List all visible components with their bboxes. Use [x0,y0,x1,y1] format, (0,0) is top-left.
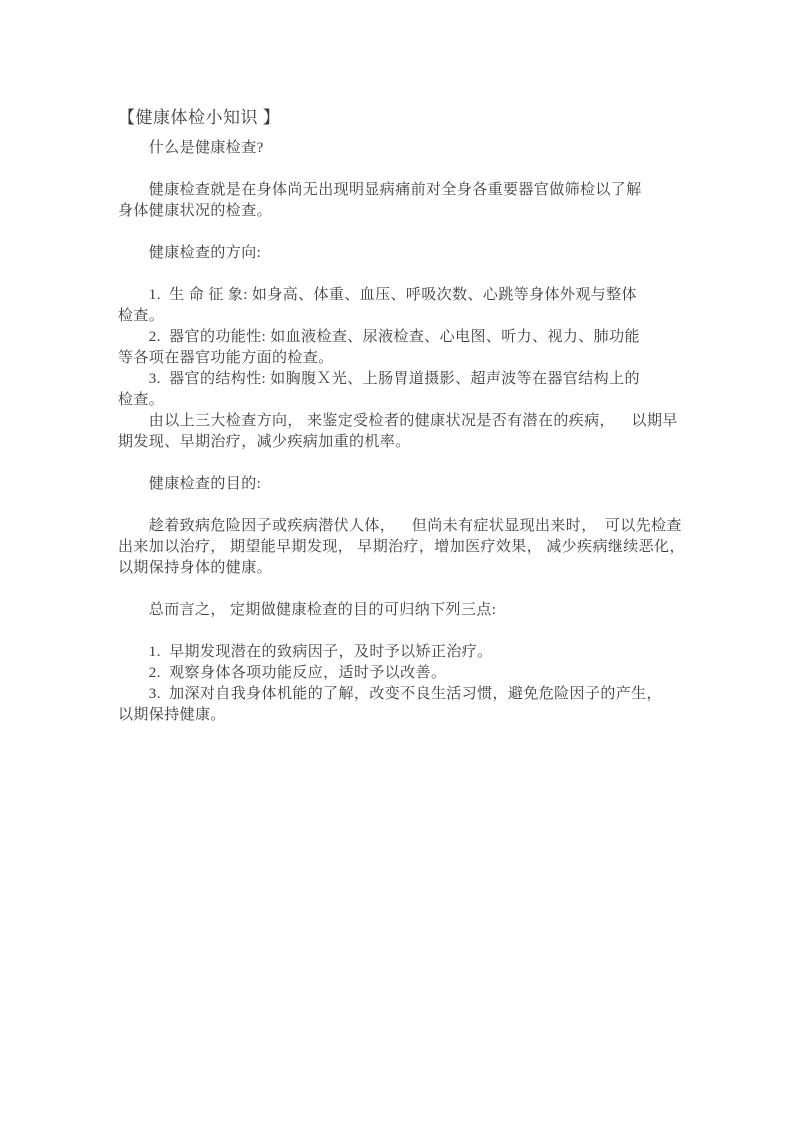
text-line: 出来加以治疗， 期望能早期发现， 早期治疗，增加医疗效果， 减少疾病继续恶化， [118,537,678,558]
text-line: 健康检查的方向: [118,243,678,264]
text-line: 身体健康状况的检查。 [118,201,678,222]
text-line: 1. 生 命 征 象: 如身高、体重、血压、呼吸次数、心跳等身体外观与整体 [118,285,678,306]
document-body: 什么是健康检查? 健康检查就是在身体尚无出现明显病痛前对全身各重要器官做筛检以了… [118,138,678,726]
text-line [118,495,678,516]
text-line [118,621,678,642]
document-page: 【健康体检小知识 】 什么是健康检查? 健康检查就是在身体尚无出现明显病痛前对全… [0,0,792,1122]
text-line [118,579,678,600]
text-line: 3. 器官的结构性: 如胸腹Ｘ光、上肠胃道摄影、超声波等在器官结构上的 [118,369,678,390]
text-line: 等各项在器官功能方面的检查。 [118,348,678,369]
text-line: 检查。 [118,390,678,411]
text-line: 以期保持身体的健康。 [118,558,678,579]
text-line: 2. 观察身体各项功能反应，适时予以改善。 [118,663,678,684]
text-line: 检查。 [118,306,678,327]
text-line [118,453,678,474]
document-content: 【健康体检小知识 】 什么是健康检查? 健康检查就是在身体尚无出现明显病痛前对全… [118,0,678,726]
text-line: 由以上三大检查方向， 来鉴定受检者的健康状况是否有潜在的疾病， 以期早 [118,411,678,432]
text-line: 2. 器官的功能性: 如血液检查、尿液检查、心电图、听力、视力、肺功能 [118,327,678,348]
text-line [118,222,678,243]
text-line [118,159,678,180]
document-title: 【健康体检小知识 】 [118,104,678,132]
text-line: 健康检查就是在身体尚无出现明显病痛前对全身各重要器官做筛检以了解 [118,180,678,201]
text-line: 趁着致病危险因子或疾病潜伏人体， 但尚未有症状显现出来时， 可以先检查 [118,516,678,537]
text-line [118,264,678,285]
text-line: 3. 加深对自我身体机能的了解，改变不良生活习惯，避免危险因子的产生， [118,684,678,705]
text-line: 以期保持健康。 [118,705,678,726]
text-line: 健康检查的目的: [118,474,678,495]
text-line: 什么是健康检查? [118,138,678,159]
text-line: 1. 早期发现潜在的致病因子，及时予以矫正治疗。 [118,642,678,663]
text-line: 总而言之， 定期做健康检查的目的可归纳下列三点: [118,600,678,621]
text-line: 期发现、早期治疗，减少疾病加重的机率。 [118,432,678,453]
